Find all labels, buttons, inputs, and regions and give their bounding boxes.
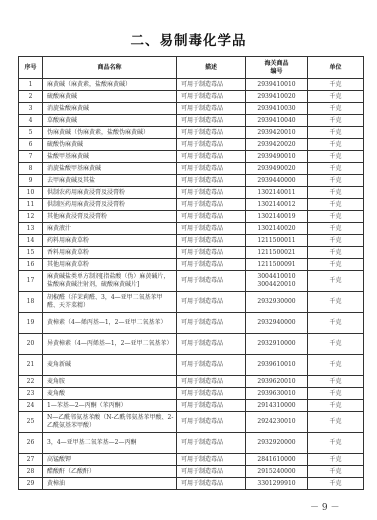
chemicals-table: 序号 商品名称 描述 海关商品编号 单位 1麻黄碱（麻黄素，盐酸麻黄碱）可用于制… — [18, 56, 364, 490]
table-row: 9去甲麻黄碱及其盐可用于制造毒品2939440000千克 — [19, 175, 364, 187]
row-customs-code: 2932910000 — [246, 334, 308, 355]
row-name: 黄樟油 — [43, 478, 177, 490]
row-index: 4 — [19, 115, 43, 127]
row-index: 5 — [19, 127, 43, 139]
row-customs-code: 2939610010 — [246, 355, 308, 376]
row-customs-code: 2939630010 — [246, 388, 308, 400]
row-name: 去甲麻黄碱及其盐 — [43, 175, 177, 187]
row-description: 可用于制造毒品 — [177, 376, 246, 388]
row-customs-code: 1211500091 — [246, 259, 308, 271]
header-name: 商品名称 — [43, 57, 177, 79]
row-customs-code: 2932940000 — [246, 313, 308, 334]
table-row: 3消旋盐酸麻黄碱可用于制造毒品2939410030千克 — [19, 103, 364, 115]
row-index: 2 — [19, 91, 43, 103]
row-description: 可用于制造毒品 — [177, 412, 246, 433]
row-unit: 千克 — [308, 139, 364, 151]
row-name: 麦角胺 — [43, 376, 177, 388]
header-customs-code: 海关商品编号 — [246, 57, 308, 79]
row-customs-code: 2939410020 — [246, 91, 308, 103]
row-unit: 千克 — [308, 199, 364, 211]
row-unit: 千克 — [308, 211, 364, 223]
table-row: 4草酸麻黄碱可用于制造毒品2939410040千克 — [19, 115, 364, 127]
table-row: 5伪麻黄碱（伪麻黄素，盐酸伪麻黄碱）可用于制造毒品2939420010千克 — [19, 127, 364, 139]
row-description: 可用于制造毒品 — [177, 292, 246, 313]
row-customs-code: 2914310000 — [246, 400, 308, 412]
row-name: 黄樟素（4—烯丙基—1，2—亚甲二氧基苯） — [43, 313, 177, 334]
row-index: 26 — [19, 433, 43, 454]
row-customs-code: 3301299910 — [246, 478, 308, 490]
row-description: 可用于制造毒品 — [177, 355, 246, 376]
row-unit: 千克 — [308, 478, 364, 490]
row-description: 可用于制造毒品 — [177, 79, 246, 91]
row-description: 可用于制造毒品 — [177, 454, 246, 466]
table-row: 10供制农药用麻黄浸膏及浸膏粉可用于制造毒品1302140011千克 — [19, 187, 364, 199]
row-unit: 千克 — [308, 247, 364, 259]
row-customs-code: 2932930000 — [246, 292, 308, 313]
row-index: 10 — [19, 187, 43, 199]
row-description: 可用于制造毒品 — [177, 235, 246, 247]
row-customs-code: 30044100103004420010 — [246, 271, 308, 292]
row-customs-code: 2939410040 — [246, 115, 308, 127]
row-customs-code: 2939490010 — [246, 151, 308, 163]
row-unit: 千克 — [308, 115, 364, 127]
table-row: 16其他用麻黄草粉可用于制造毒品1211500091千克 — [19, 259, 364, 271]
row-index: 16 — [19, 259, 43, 271]
table-row: 29黄樟油可用于制造毒品3301299910千克 — [19, 478, 364, 490]
row-index: 21 — [19, 355, 43, 376]
row-index: 14 — [19, 235, 43, 247]
row-customs-code: 2939620010 — [246, 376, 308, 388]
row-unit: 千克 — [308, 376, 364, 388]
table-row: 6硫酸伪麻黄碱可用于制造毒品2939420020千克 — [19, 139, 364, 151]
row-unit: 千克 — [308, 151, 364, 163]
table-row: 263，4—亚甲基二氧苯基—2—丙酮可用于制造毒品2932920000千克 — [19, 433, 364, 454]
row-customs-code: 1302140012 — [246, 199, 308, 211]
row-description: 可用于制造毒品 — [177, 127, 246, 139]
row-description: 可用于制造毒品 — [177, 163, 246, 175]
row-description: 可用于制造毒品 — [177, 388, 246, 400]
row-name: 麻黄液汁 — [43, 223, 177, 235]
row-description: 可用于制造毒品 — [177, 223, 246, 235]
row-unit: 千克 — [308, 433, 364, 454]
table-row: 17麻黄碱盐类单方制剂[指盐酸（伪）麻黄碱片，盐酸麻黄碱注射剂，硫酸麻黄碱片]可… — [19, 271, 364, 292]
table-row: 28醋酸酐（乙酸酐）可用于制造毒品2915240000千克 — [19, 466, 364, 478]
table-row: 21麦角新碱可用于制造毒品2939610010千克 — [19, 355, 364, 376]
row-unit: 千克 — [308, 127, 364, 139]
header-description: 描述 — [177, 57, 246, 79]
table-row: 12其他麻黄浸膏及浸膏粉可用于制造毒品1302140019千克 — [19, 211, 364, 223]
row-name: 麦角酸 — [43, 388, 177, 400]
row-description: 可用于制造毒品 — [177, 103, 246, 115]
row-name: 消旋盐酸甲基麻黄碱 — [43, 163, 177, 175]
row-customs-code: 2939420010 — [246, 127, 308, 139]
table-row: 8消旋盐酸甲基麻黄碱可用于制造毒品2939490020千克 — [19, 163, 364, 175]
page-title: 二、易制毒化学品 — [0, 29, 377, 49]
row-description: 可用于制造毒品 — [177, 259, 246, 271]
row-name: 硫酸伪麻黄碱 — [43, 139, 177, 151]
row-unit: 千克 — [308, 187, 364, 199]
row-customs-code: 2924230010 — [246, 412, 308, 433]
row-name: 伪麻黄碱（伪麻黄素，盐酸伪麻黄碱） — [43, 127, 177, 139]
row-name: 香料用麻黄草粉 — [43, 247, 177, 259]
row-description: 可用于制造毒品 — [177, 175, 246, 187]
row-name: 醋酸酐（乙酸酐） — [43, 466, 177, 478]
row-index: 24 — [19, 400, 43, 412]
table-row: 18胡椒醛（洋茉莉醛、3，4—亚甲二氧基苯甲醛、天芥菜精）可用于制造毒品2932… — [19, 292, 364, 313]
row-description: 可用于制造毒品 — [177, 400, 246, 412]
row-customs-code: 1302140020 — [246, 223, 308, 235]
row-description: 可用于制造毒品 — [177, 199, 246, 211]
row-unit: 千克 — [308, 334, 364, 355]
row-index: 1 — [19, 79, 43, 91]
row-name: 其他麻黄浸膏及浸膏粉 — [43, 211, 177, 223]
row-index: 7 — [19, 151, 43, 163]
row-name: 胡椒醛（洋茉莉醛、3，4—亚甲二氧基苯甲醛、天芥菜精） — [43, 292, 177, 313]
row-unit: 千克 — [308, 163, 364, 175]
table-row: 20异黄樟素（4—丙烯基—1，2—亚甲二氧基苯）可用于制造毒品293291000… — [19, 334, 364, 355]
row-customs-code: 1211500021 — [246, 247, 308, 259]
row-index: 3 — [19, 103, 43, 115]
row-customs-code: 2932920000 — [246, 433, 308, 454]
row-description: 可用于制造毒品 — [177, 334, 246, 355]
row-unit: 千克 — [308, 79, 364, 91]
row-index: 17 — [19, 271, 43, 292]
row-name: 麻黄碱盐类单方制剂[指盐酸（伪）麻黄碱片，盐酸麻黄碱注射剂，硫酸麻黄碱片] — [43, 271, 177, 292]
table-row: 241—苯基—2—丙酮（苯丙酮）可用于制造毒品2914310000千克 — [19, 400, 364, 412]
row-unit: 千克 — [308, 103, 364, 115]
table-row: 27高锰酸钾可用于制造毒品2841610000千克 — [19, 454, 364, 466]
table-row: 15香料用麻黄草粉可用于制造毒品1211500021千克 — [19, 247, 364, 259]
row-index: 9 — [19, 175, 43, 187]
table-row: 1麻黄碱（麻黄素，盐酸麻黄碱）可用于制造毒品2939410010千克 — [19, 79, 364, 91]
row-name: 消旋盐酸麻黄碱 — [43, 103, 177, 115]
row-index: 6 — [19, 139, 43, 151]
row-index: 25 — [19, 412, 43, 433]
row-customs-code: 2841610000 — [246, 454, 308, 466]
row-customs-code: 1211500011 — [246, 235, 308, 247]
table-row: 2硫酸麻黄碱可用于制造毒品2939410020千克 — [19, 91, 364, 103]
row-unit: 千克 — [308, 292, 364, 313]
row-unit: 千克 — [308, 259, 364, 271]
table-row: 11供制医药用麻黄浸膏及浸膏粉可用于制造毒品1302140012千克 — [19, 199, 364, 211]
row-unit: 千克 — [308, 313, 364, 334]
row-index: 19 — [19, 313, 43, 334]
row-customs-code: 2939410010 — [246, 79, 308, 91]
row-description: 可用于制造毒品 — [177, 115, 246, 127]
row-name: 其他用麻黄草粉 — [43, 259, 177, 271]
row-name: 药料用麻黄草粉 — [43, 235, 177, 247]
row-unit: 千克 — [308, 175, 364, 187]
row-unit: 千克 — [308, 454, 364, 466]
row-description: 可用于制造毒品 — [177, 247, 246, 259]
row-name: 3，4—亚甲基二氧苯基—2—丙酮 — [43, 433, 177, 454]
row-name: 高锰酸钾 — [43, 454, 177, 466]
row-name: N—乙酰邻氨基苯酸（N-乙酰邻氨基苯甲酸、2-乙酰氨基苯甲酸） — [43, 412, 177, 433]
row-unit: 千克 — [308, 355, 364, 376]
row-unit: 千克 — [308, 91, 364, 103]
row-name: 1—苯基—2—丙酮（苯丙酮） — [43, 400, 177, 412]
row-unit: 千克 — [308, 412, 364, 433]
row-name: 麻黄碱（麻黄素，盐酸麻黄碱） — [43, 79, 177, 91]
row-description: 可用于制造毒品 — [177, 91, 246, 103]
row-unit: 千克 — [308, 223, 364, 235]
row-description: 可用于制造毒品 — [177, 151, 246, 163]
row-name: 麦角新碱 — [43, 355, 177, 376]
row-index: 23 — [19, 388, 43, 400]
row-unit: 千克 — [308, 388, 364, 400]
table-header-row: 序号 商品名称 描述 海关商品编号 单位 — [19, 57, 364, 79]
table-row: 22麦角胺可用于制造毒品2939620010千克 — [19, 376, 364, 388]
row-description: 可用于制造毒品 — [177, 139, 246, 151]
row-description: 可用于制造毒品 — [177, 271, 246, 292]
row-index: 15 — [19, 247, 43, 259]
row-index: 18 — [19, 292, 43, 313]
row-description: 可用于制造毒品 — [177, 211, 246, 223]
row-description: 可用于制造毒品 — [177, 313, 246, 334]
row-name: 盐酸甲基麻黄碱 — [43, 151, 177, 163]
row-customs-code: 1302140019 — [246, 211, 308, 223]
table-row: 23麦角酸可用于制造毒品2939630010千克 — [19, 388, 364, 400]
row-description: 可用于制造毒品 — [177, 466, 246, 478]
row-customs-code: 2939440000 — [246, 175, 308, 187]
row-name: 供制医药用麻黄浸膏及浸膏粉 — [43, 199, 177, 211]
row-name: 供制农药用麻黄浸膏及浸膏粉 — [43, 187, 177, 199]
table-row: 19黄樟素（4—烯丙基—1，2—亚甲二氧基苯）可用于制造毒品2932940000… — [19, 313, 364, 334]
row-index: 22 — [19, 376, 43, 388]
row-description: 可用于制造毒品 — [177, 478, 246, 490]
row-description: 可用于制造毒品 — [177, 187, 246, 199]
row-name: 硫酸麻黄碱 — [43, 91, 177, 103]
row-customs-code: 1302140011 — [246, 187, 308, 199]
row-customs-code: 2939420020 — [246, 139, 308, 151]
header-index: 序号 — [19, 57, 43, 79]
table-row: 14药料用麻黄草粉可用于制造毒品1211500011千克 — [19, 235, 364, 247]
row-index: 11 — [19, 199, 43, 211]
row-index: 29 — [19, 478, 43, 490]
row-name: 异黄樟素（4—丙烯基—1，2—亚甲二氧基苯） — [43, 334, 177, 355]
row-unit: 千克 — [308, 235, 364, 247]
row-index: 13 — [19, 223, 43, 235]
row-index: 20 — [19, 334, 43, 355]
row-unit: 千克 — [308, 271, 364, 292]
row-name: 草酸麻黄碱 — [43, 115, 177, 127]
row-description: 可用于制造毒品 — [177, 433, 246, 454]
table-row: 25N—乙酰邻氨基苯酸（N-乙酰邻氨基苯甲酸、2-乙酰氨基苯甲酸）可用于制造毒品… — [19, 412, 364, 433]
row-index: 8 — [19, 163, 43, 175]
page-number: － 9 － — [310, 500, 339, 513]
row-unit: 千克 — [308, 400, 364, 412]
table-row: 7盐酸甲基麻黄碱可用于制造毒品2939490010千克 — [19, 151, 364, 163]
row-customs-code: 2939490020 — [246, 163, 308, 175]
row-customs-code: 2915240000 — [246, 466, 308, 478]
row-customs-code: 2939410030 — [246, 103, 308, 115]
row-index: 28 — [19, 466, 43, 478]
header-unit: 单位 — [308, 57, 364, 79]
row-index: 27 — [19, 454, 43, 466]
table-row: 13麻黄液汁可用于制造毒品1302140020千克 — [19, 223, 364, 235]
row-unit: 千克 — [308, 466, 364, 478]
row-index: 12 — [19, 211, 43, 223]
